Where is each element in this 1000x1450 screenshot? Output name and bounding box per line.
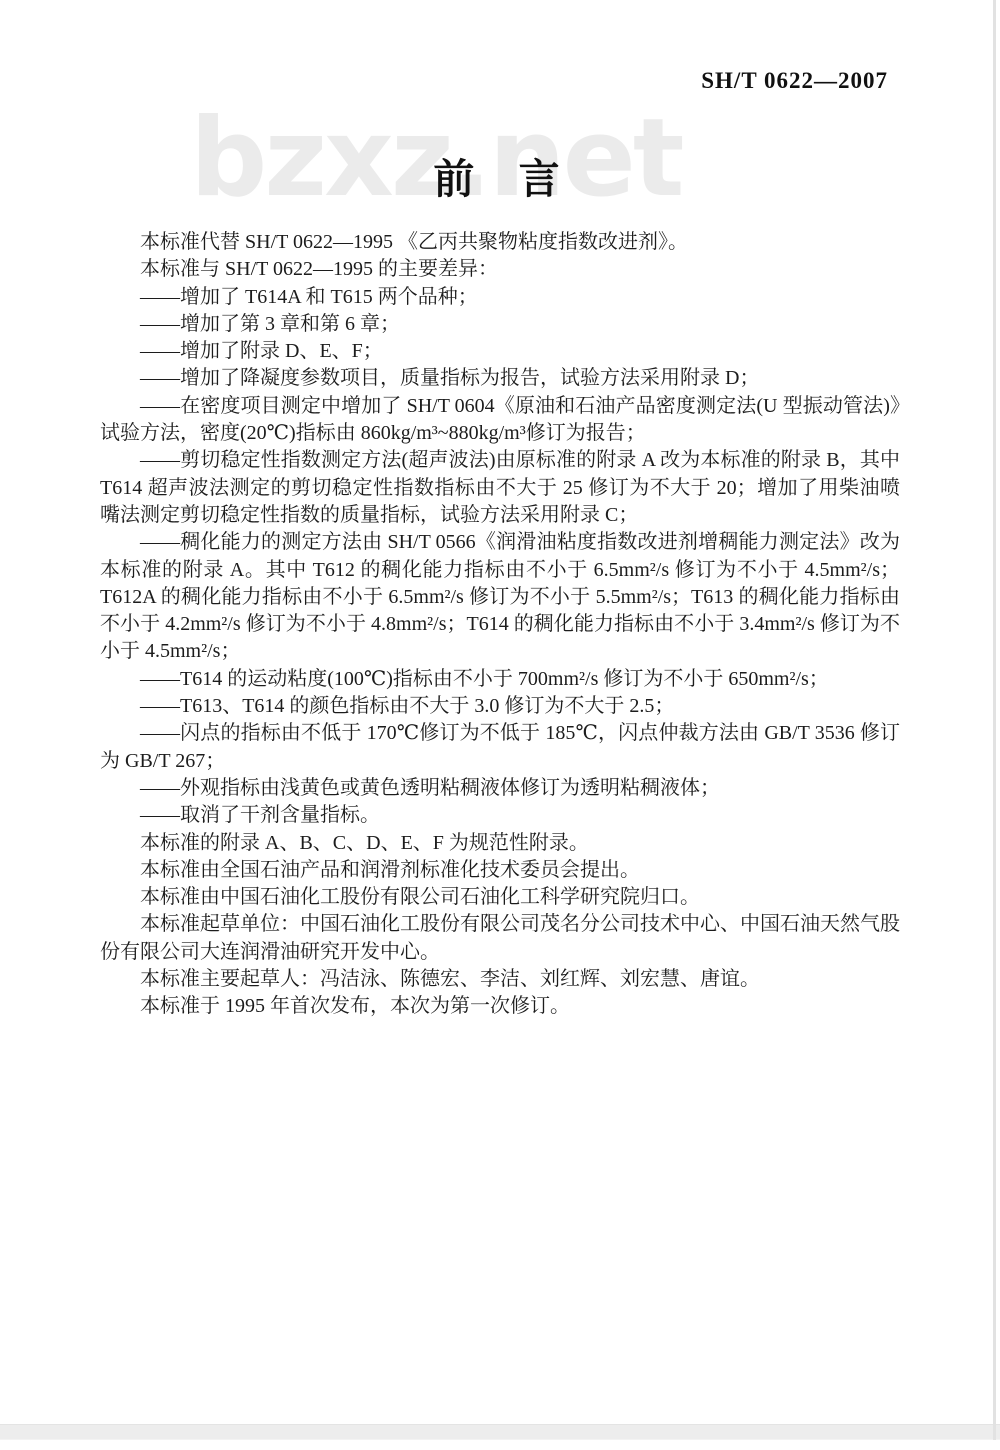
foreword-paragraph: ——增加了附录 D、E、F；: [100, 338, 900, 365]
foreword-paragraph: 本标准主要起草人：冯洁泳、陈德宏、李洁、刘红辉、刘宏慧、唐谊。: [100, 966, 900, 993]
foreword-paragraph: ——T614 的运动粘度(100℃)指标由不小于 700mm²/s 修订为不小于…: [100, 666, 900, 693]
foreword-paragraph: 本标准与 SH/T 0622—1995 的主要差异：: [100, 256, 900, 283]
foreword-paragraph: ——取消了干剂含量指标。: [100, 802, 900, 829]
foreword-paragraph: 本标准于 1995 年首次发布，本次为第一次修订。: [100, 993, 900, 1020]
foreword-paragraph: ——T613、T614 的颜色指标由不大于 3.0 修订为不大于 2.5；: [100, 693, 900, 720]
foreword-body: 本标准代替 SH/T 0622—1995 《乙丙共聚物粘度指数改进剂》。 本标准…: [100, 229, 900, 1021]
page-title: 前 言: [0, 146, 993, 205]
foreword-paragraph: ——剪切稳定性指数测定方法(超声波法)由原标准的附录 A 改为本标准的附录 B，…: [100, 447, 900, 529]
foreword-paragraph: ——增加了第 3 章和第 6 章；: [100, 311, 900, 338]
foreword-paragraph: 本标准由全国石油产品和润滑剂标准化技术委员会提出。: [100, 857, 900, 884]
foreword-paragraph: ——在密度项目测定中增加了 SH/T 0604《原油和石油产品密度测定法(U 型…: [100, 393, 900, 448]
foreword-paragraph: 本标准起草单位：中国石油化工股份有限公司茂名分公司技术中心、中国石油天然气股份有…: [100, 911, 900, 966]
foreword-paragraph: 本标准代替 SH/T 0622—1995 《乙丙共聚物粘度指数改进剂》。: [100, 229, 900, 256]
document-page: bzxz.net SH/T 0622—2007 前 言 本标准代替 SH/T 0…: [0, 0, 1000, 1450]
foreword-paragraph: 本标准由中国石油化工股份有限公司石油化工科学研究院归口。: [100, 884, 900, 911]
foreword-paragraph: ——增加了 T614A 和 T615 两个品种；: [100, 284, 900, 311]
standard-number: SH/T 0622—2007: [701, 68, 888, 94]
foreword-paragraph: ——增加了降凝度参数项目，质量指标为报告，试验方法采用附录 D；: [100, 365, 900, 392]
foreword-paragraph: ——外观指标由浅黄色或黄色透明粘稠液体修订为透明粘稠液体；: [100, 775, 900, 802]
foreword-paragraph: 本标准的附录 A、B、C、D、E、F 为规范性附录。: [100, 830, 900, 857]
foreword-paragraph: ——闪点的指标由不低于 170℃修订为不低于 185℃，闪点仲裁方法由 GB/T…: [100, 720, 900, 775]
page-gap: [0, 1424, 1000, 1440]
page-edge-line: [993, 0, 996, 1440]
foreword-paragraph: ——稠化能力的测定方法由 SH/T 0566《润滑油粘度指数改进剂增稠能力测定法…: [100, 529, 900, 665]
